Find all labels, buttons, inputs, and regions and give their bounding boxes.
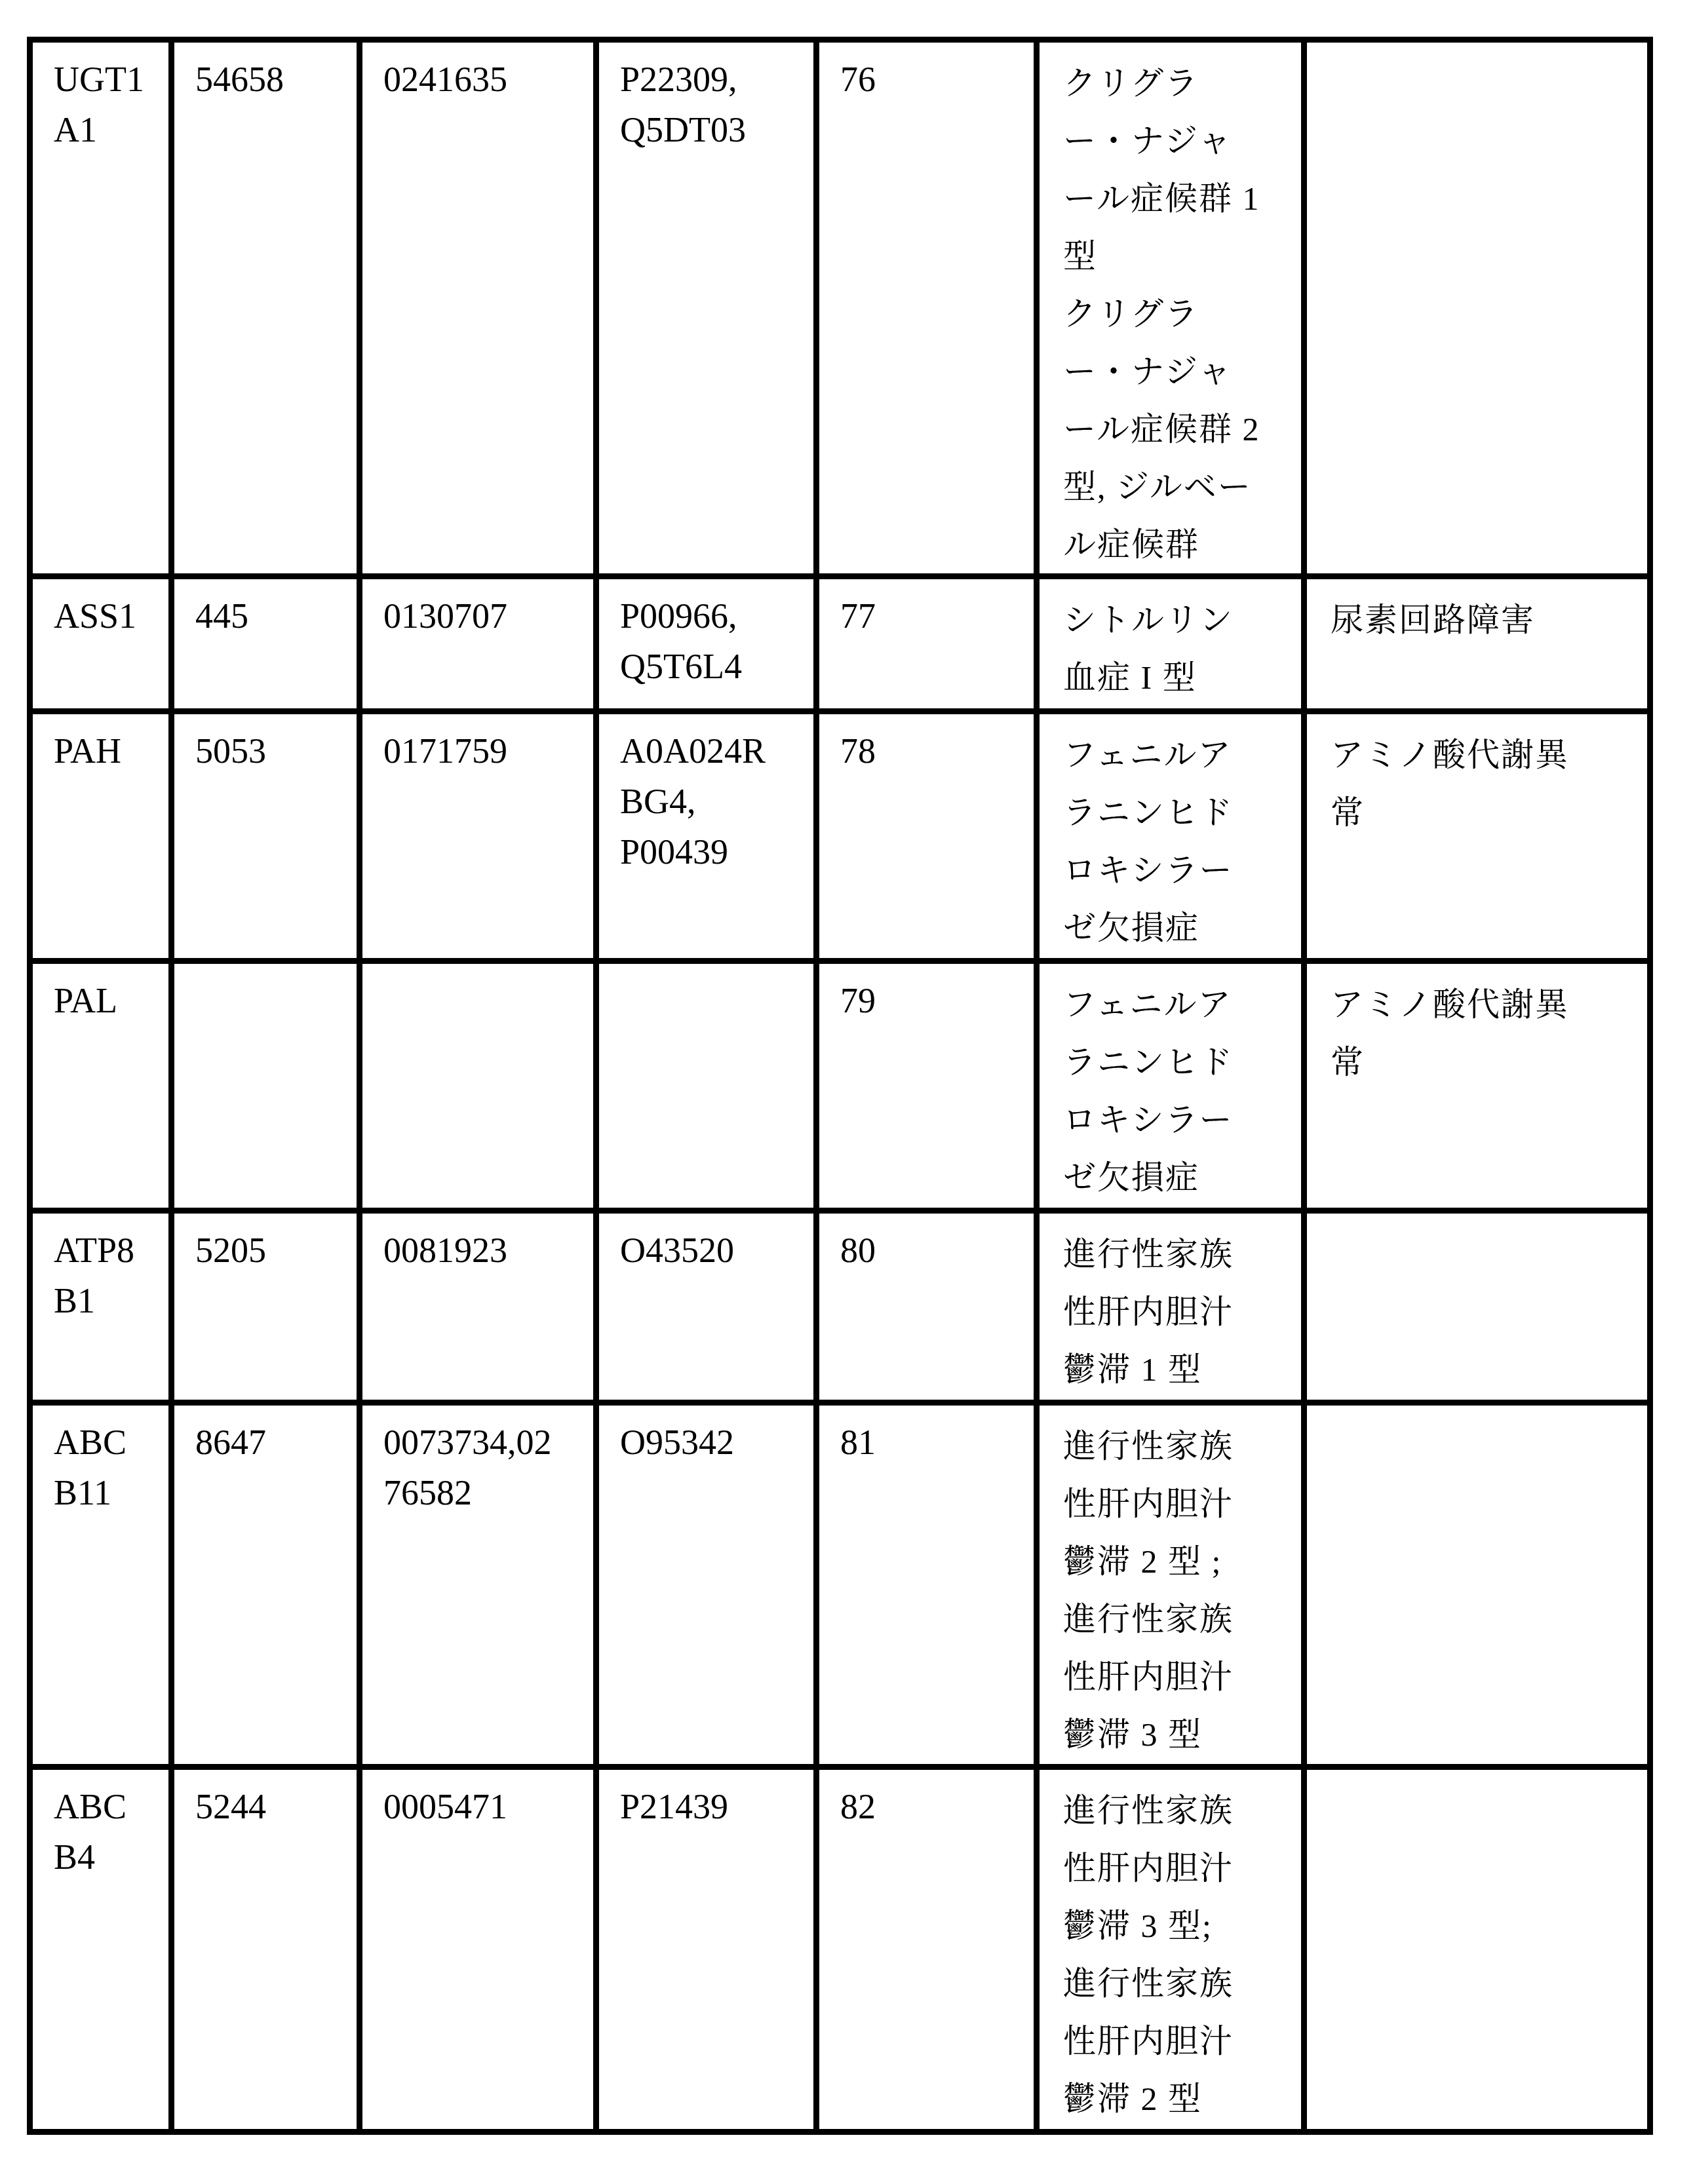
omim-cell: 0073734,02 76582 <box>360 1403 596 1767</box>
uniprot-cell: P22309, Q5DT03 <box>596 40 817 577</box>
category-cell <box>1304 1767 1650 2132</box>
category-cell: アミノ酸代謝異 常 <box>1304 961 1650 1211</box>
category-cell <box>1304 1211 1650 1403</box>
disease-cell: フェニルア ラニンヒド ロキシラー ゼ欠損症 <box>1037 712 1304 961</box>
gene-symbol-cell: ABC B11 <box>30 1403 172 1767</box>
table-row: ATP8 B1 5205 0081923 O43520 80 進行性家族 性肝内… <box>30 1211 1650 1403</box>
category-cell <box>1304 1403 1650 1767</box>
disease-cell: シトルリン 血症 I 型 <box>1037 577 1304 712</box>
seq-no-cell: 82 <box>817 1767 1037 2132</box>
omim-cell: 0241635 <box>360 40 596 577</box>
gene-disease-table: UGT1 A1 54658 0241635 P22309, Q5DT03 76 … <box>27 37 1653 2135</box>
gene-symbol-cell: ABC B4 <box>30 1767 172 2132</box>
table-row: UGT1 A1 54658 0241635 P22309, Q5DT03 76 … <box>30 40 1650 577</box>
seq-no-cell: 79 <box>817 961 1037 1211</box>
seq-no-cell: 81 <box>817 1403 1037 1767</box>
gene-id-cell: 54658 <box>172 40 360 577</box>
gene-id-cell: 5053 <box>172 712 360 961</box>
gene-symbol-cell: ASS1 <box>30 577 172 712</box>
gene-id-cell: 8647 <box>172 1403 360 1767</box>
omim-cell: 0130707 <box>360 577 596 712</box>
category-cell: 尿素回路障害 <box>1304 577 1650 712</box>
disease-cell: 進行性家族 性肝内胆汁 鬱滞 1 型 <box>1037 1211 1304 1403</box>
gene-id-cell: 5205 <box>172 1211 360 1403</box>
disease-cell: 進行性家族 性肝内胆汁 鬱滞 2 型 ; 進行性家族 性肝内胆汁 鬱滞 3 型 <box>1037 1403 1304 1767</box>
table-row: PAL 79 フェニルア ラニンヒド ロキシラー ゼ欠損症 アミノ酸代謝異 常 <box>30 961 1650 1211</box>
omim-cell: 0171759 <box>360 712 596 961</box>
gene-symbol-cell: ATP8 B1 <box>30 1211 172 1403</box>
category-cell <box>1304 40 1650 577</box>
uniprot-cell: A0A024R BG4, P00439 <box>596 712 817 961</box>
disease-cell: フェニルア ラニンヒド ロキシラー ゼ欠損症 <box>1037 961 1304 1211</box>
gene-symbol-cell: PAL <box>30 961 172 1211</box>
omim-cell <box>360 961 596 1211</box>
uniprot-cell <box>596 961 817 1211</box>
table-row: ASS1 445 0130707 P00966, Q5T6L4 77 シトルリン… <box>30 577 1650 712</box>
uniprot-cell: O43520 <box>596 1211 817 1403</box>
gene-id-cell: 445 <box>172 577 360 712</box>
uniprot-cell: P00966, Q5T6L4 <box>596 577 817 712</box>
category-cell: アミノ酸代謝異 常 <box>1304 712 1650 961</box>
table-row: ABC B11 8647 0073734,02 76582 O95342 81 … <box>30 1403 1650 1767</box>
disease-cell: クリグラ ー・ナジャ ール症候群 1 型 クリグラ ー・ナジャ ール症候群 2 … <box>1037 40 1304 577</box>
uniprot-cell: P21439 <box>596 1767 817 2132</box>
gene-id-cell: 5244 <box>172 1767 360 2132</box>
omim-cell: 0081923 <box>360 1211 596 1403</box>
disease-cell: 進行性家族 性肝内胆汁 鬱滞 3 型; 進行性家族 性肝内胆汁 鬱滞 2 型 <box>1037 1767 1304 2132</box>
gene-symbol-cell: UGT1 A1 <box>30 40 172 577</box>
seq-no-cell: 77 <box>817 577 1037 712</box>
seq-no-cell: 80 <box>817 1211 1037 1403</box>
table-row: PAH 5053 0171759 A0A024R BG4, P00439 78 … <box>30 712 1650 961</box>
seq-no-cell: 78 <box>817 712 1037 961</box>
gene-symbol-cell: PAH <box>30 712 172 961</box>
omim-cell: 0005471 <box>360 1767 596 2132</box>
seq-no-cell: 76 <box>817 40 1037 577</box>
gene-id-cell <box>172 961 360 1211</box>
table-row: ABC B4 5244 0005471 P21439 82 進行性家族 性肝内胆… <box>30 1767 1650 2132</box>
uniprot-cell: O95342 <box>596 1403 817 1767</box>
